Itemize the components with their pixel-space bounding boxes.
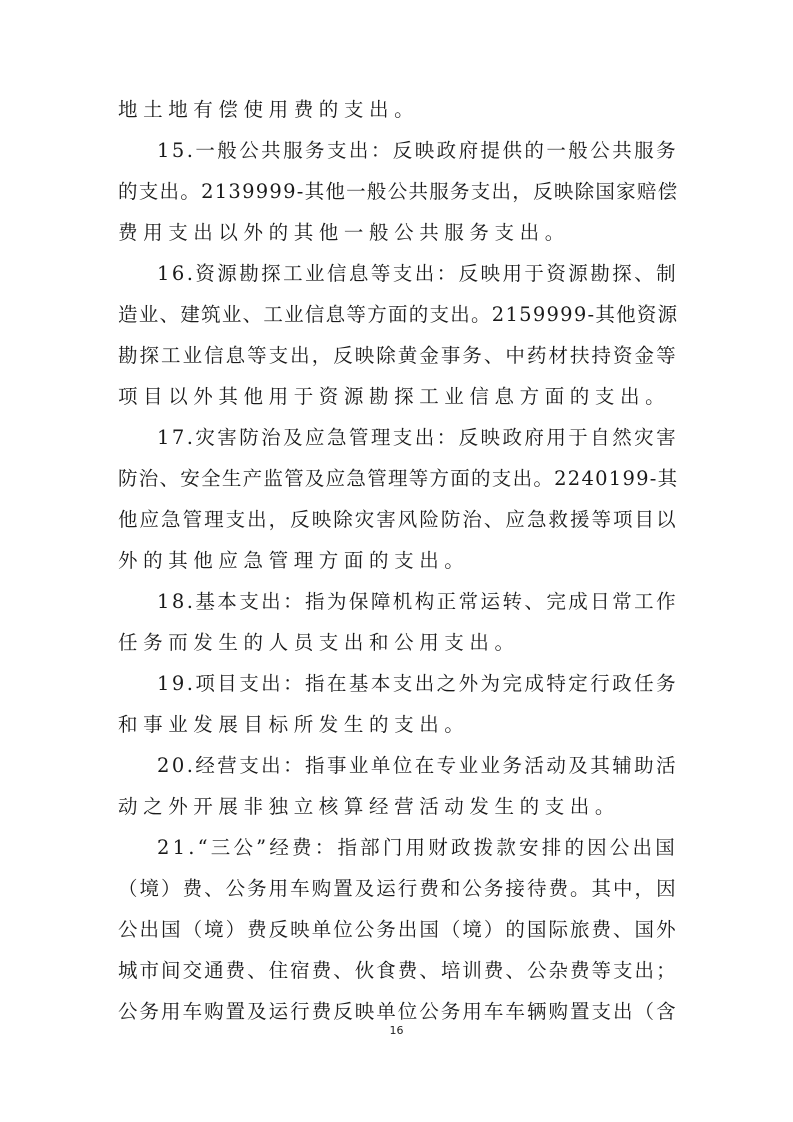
paragraph-line: 动之外开展非独立核算经营活动发生的支出。 (118, 795, 678, 819)
paragraph-first-line: 20.经营支出：指事业单位在专业业务活动及其辅助活 (157, 754, 678, 778)
paragraph-first-line: 16.资源勘探工业信息等支出：反映用于资源勘探、制 (157, 262, 678, 286)
paragraph-line: （境）费、公务用车购置及运行费和公务接待费。其中，因 (118, 877, 678, 901)
paragraph-line: 防治、安全生产监管及应急管理等方面的支出。2240199-其 (118, 467, 678, 491)
paragraph-first-line: 19.项目支出：指在基本支出之外为完成特定行政任务 (157, 672, 678, 696)
paragraph-line: 费用支出以外的其他一般公共服务支出。 (118, 221, 678, 245)
page-number: 16 (0, 1024, 793, 1037)
paragraph-line: 城市间交通费、住宿费、伙食费、培训费、公杂费等支出； (118, 959, 678, 983)
paragraph-first-line: 17.灾害防治及应急管理支出：反映政府用于自然灾害 (157, 426, 678, 450)
paragraph-line: 的支出。2139999-其他一般公共服务支出，反映除国家赔偿 (118, 180, 678, 204)
paragraph-first-line: 21.“三公”经费：指部门用财政拨款安排的因公出国 (157, 836, 678, 860)
document-page: 地土地有偿使用费的支出。15.一般公共服务支出：反映政府提供的一般公共服务的支出… (0, 0, 793, 1122)
paragraph-line: 任务而发生的人员支出和公用支出。 (118, 631, 678, 655)
paragraph-line: 造业、建筑业、工业信息等方面的支出。2159999-其他资源 (118, 303, 678, 327)
paragraph-first-line: 18.基本支出：指为保障机构正常运转、完成日常工作 (157, 590, 678, 614)
paragraph-line: 地土地有偿使用费的支出。 (118, 98, 678, 122)
paragraph-line: 他应急管理支出，反映除灾害风险防治、应急救援等项目以 (118, 508, 678, 532)
paragraph-line: 项目以外其他用于资源勘探工业信息方面的支出。 (118, 385, 678, 409)
paragraph-line: 勘探工业信息等支出，反映除黄金事务、中药材扶持资金等 (118, 344, 678, 368)
paragraph-line: 公出国（境）费反映单位公务出国（境）的国际旅费、国外 (118, 918, 678, 942)
paragraph-first-line: 15.一般公共服务支出：反映政府提供的一般公共服务 (157, 139, 678, 163)
paragraph-line: 和事业发展目标所发生的支出。 (118, 713, 678, 737)
paragraph-line: 外的其他应急管理方面的支出。 (118, 549, 678, 573)
paragraph-line: 公务用车购置及运行费反映单位公务用车车辆购置支出（含 (118, 1000, 678, 1024)
